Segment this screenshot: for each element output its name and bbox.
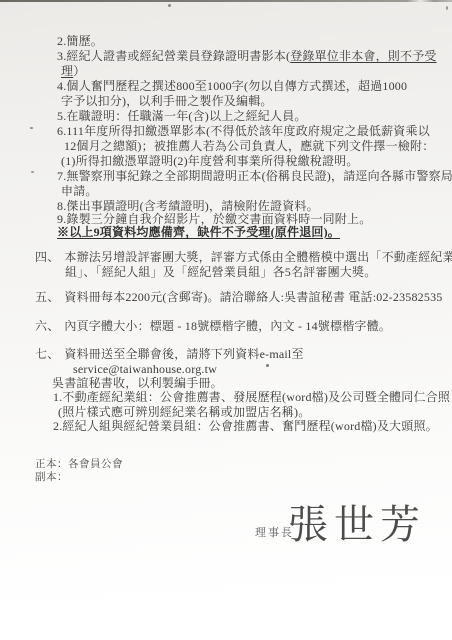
section-4-line1: 四、本辦法另增設評審團大獎，評審方式係由全體楷模中選出「不動產經紀業 (35, 250, 452, 265)
section-7-subitem-1-line1: 1.不動產經紀業組：公會推薦書、發展歷程(word檔)及公司暨全體同仁合照 (53, 390, 450, 405)
list-item-7-line2: 申請。 (61, 184, 98, 199)
scan-speck (168, 4, 171, 7)
section-6-text: 內頁字體大小：標題 - 18號標楷字體，內文 - 14號標楷字體。 (64, 319, 391, 333)
section-4-text: 本辦法另增設評審團大獎，評審方式係由全體楷模中選出「不動產經紀業 (64, 250, 452, 264)
section-7-line1: 七、資料冊送至全聯會後，請將下列資料e-mail至 (35, 347, 304, 362)
section-5-number: 五、 (35, 290, 59, 304)
list-item-4-line2: 字予以扣分)，以利手冊之製作及編輯。 (61, 94, 273, 109)
section-7-subitem-2: 2.經紀人組與經紀營業員組：公會推薦書、奮鬥歷程(word檔)及大頭照。 (53, 419, 438, 434)
section-5-text: 資料冊每本2200元(含郵寄)。請洽聯絡人:吳書誼秘書 電話:02-235825… (64, 290, 442, 304)
list-item-3-underlined: 登錄單位非本會，則不予受 (290, 49, 436, 63)
section-5-line: 五、資料冊每本2200元(含郵寄)。請洽聯絡人:吳書誼秘書 電話:02-2358… (35, 290, 442, 305)
list-item-4-line1: 4.個人奮鬥歷程之撰述800至1000字(勿以自傳方式撰述，超過1000 (57, 79, 407, 94)
list-item-3-line2: 理） (61, 64, 85, 79)
list-item-2: 2.簡歷。 (57, 34, 103, 49)
scan-speck (30, 127, 33, 129)
section-7-line2: 吳書誼秘書收，以利製編手冊。 (52, 376, 223, 391)
scan-speck (31, 171, 34, 173)
list-item-3-underlined-cont: 理 (61, 64, 73, 78)
footer-copy-recipient: 副本： (35, 470, 68, 485)
section-6-line: 六、內頁字體大小：標題 - 18號標楷字體，內文 - 14號標楷字體。 (35, 319, 391, 334)
signature-name: 張世芳 (288, 503, 426, 547)
section-4-number: 四、 (35, 250, 59, 264)
scanned-document-page: 2.簡歷。 3.經紀人證書或經紀營業員登錄證明書影本(登錄單位非本會，則不予受 … (0, 0, 452, 640)
list-item-5: 5.在職證明：任職滿一年(含)以上之經紀人員。 (57, 109, 307, 124)
list-item-3-line1: 3.經紀人證書或經紀營業員登錄證明書影本(登錄單位非本會，則不予受 (57, 49, 437, 64)
section-7-text: 資料冊送至全聯會後，請將下列資料e-mail至 (64, 347, 303, 361)
scan-edge-artifact (0, 0, 452, 2)
list-item-6-line3: (1)所得扣繳憑單證明(2)年度營利事業所得稅繳稅證明。 (61, 154, 359, 169)
required-documents-note: ※以上9項資料均應備齊，缺件不予受理(原件退回)。 (57, 225, 340, 240)
scan-speck (266, 364, 269, 367)
list-item-7-line1: 7.無警察刑事紀錄之全部期間證明正本(俗稱良民證)，請逕向各縣市警察局 (57, 169, 452, 184)
list-item-3-prefix: 3.經紀人證書或經紀營業員登錄證明書影本( (57, 49, 290, 63)
scan-speck (446, 6, 448, 10)
section-7-subitem-1-line2: (照片樣式應可辨別經紀業名稱或加盟店名稱)。 (58, 405, 310, 420)
section-6-number: 六、 (35, 319, 59, 333)
section-7-number: 七、 (35, 347, 59, 361)
list-item-6-line1: 6.111年度所得扣繳憑單影本(不得低於該年度政府規定之最低薪資乘以 (57, 124, 430, 139)
section-4-line2: 組」、「經紀人組」及「經紀營業員組」各5名評審團大獎。 (65, 265, 376, 280)
email-address: service@taiwanhouse.org.tw (73, 362, 217, 377)
list-item-6-line2: 12個月之總額)；被推薦人若為公司負責人，應就下列文件擇一檢附： (64, 139, 434, 154)
list-item-3-close-paren: ） (73, 64, 85, 78)
